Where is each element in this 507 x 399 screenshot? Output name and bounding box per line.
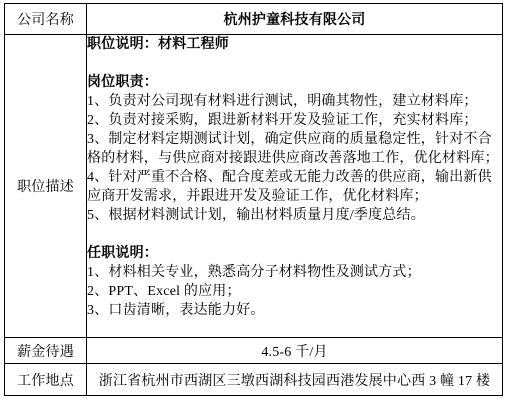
description-line bbox=[87, 225, 502, 244]
document-page: 公司名称 杭州护童科技有限公司 职位描述 职位说明：材料工程师 岗位职责：1、负… bbox=[0, 0, 507, 399]
description-line: 2、负责对接采购，跟进新材料开发及验证工作，充实材料库； bbox=[87, 111, 502, 130]
description-line: 3、口齿清晰，表达能力好。 bbox=[87, 301, 502, 320]
company-name-label: 公司名称 bbox=[5, 4, 87, 35]
description-line: 3、制定材料定期测试计划，确定供应商的质量稳定性，针对不合格的材料，与供应商对接… bbox=[87, 130, 502, 168]
salary-value: 4.5-6 千/月 bbox=[87, 338, 503, 364]
description-line: 任职说明： bbox=[87, 244, 502, 263]
description-line: 2、PPT、Excel 的应用； bbox=[87, 282, 502, 301]
salary-label: 薪金待遇 bbox=[5, 338, 87, 364]
description-line: 岗位职责： bbox=[87, 73, 502, 92]
job-description-content: 职位说明：材料工程师 岗位职责：1、负责对公司现有材料进行测试，明确其物性，建立… bbox=[87, 35, 503, 338]
job-description-label: 职位描述 bbox=[5, 35, 87, 338]
work-location-value: 浙江省杭州市西湖区三墩西湖科技园西港发展中心西 3 幢 17 楼 bbox=[87, 364, 503, 396]
job-info-table: 公司名称 杭州护童科技有限公司 职位描述 职位说明：材料工程师 岗位职责：1、负… bbox=[4, 3, 503, 396]
company-name-value: 杭州护童科技有限公司 bbox=[87, 4, 503, 35]
description-line bbox=[87, 54, 502, 73]
description-line: 职位说明：材料工程师 bbox=[87, 35, 502, 54]
work-location-row: 工作地点 浙江省杭州市西湖区三墩西湖科技园西港发展中心西 3 幢 17 楼 bbox=[5, 364, 503, 396]
job-description-row: 职位描述 职位说明：材料工程师 岗位职责：1、负责对公司现有材料进行测试，明确其… bbox=[5, 35, 503, 338]
description-line: 4、针对严重不合格、配合度差或无能力改善的供应商，输出新供应商开发需求，并跟进开… bbox=[87, 168, 502, 206]
description-line: 1、材料相关专业，熟悉高分子材料物性及测试方式； bbox=[87, 263, 502, 282]
description-line: 1、负责对公司现有材料进行测试，明确其物性，建立材料库； bbox=[87, 92, 502, 111]
company-name-row: 公司名称 杭州护童科技有限公司 bbox=[5, 4, 503, 35]
salary-row: 薪金待遇 4.5-6 千/月 bbox=[5, 338, 503, 364]
description-line: 5、根据材料测试计划，输出材料质量月度/季度总结。 bbox=[87, 206, 502, 225]
work-location-label: 工作地点 bbox=[5, 364, 87, 396]
